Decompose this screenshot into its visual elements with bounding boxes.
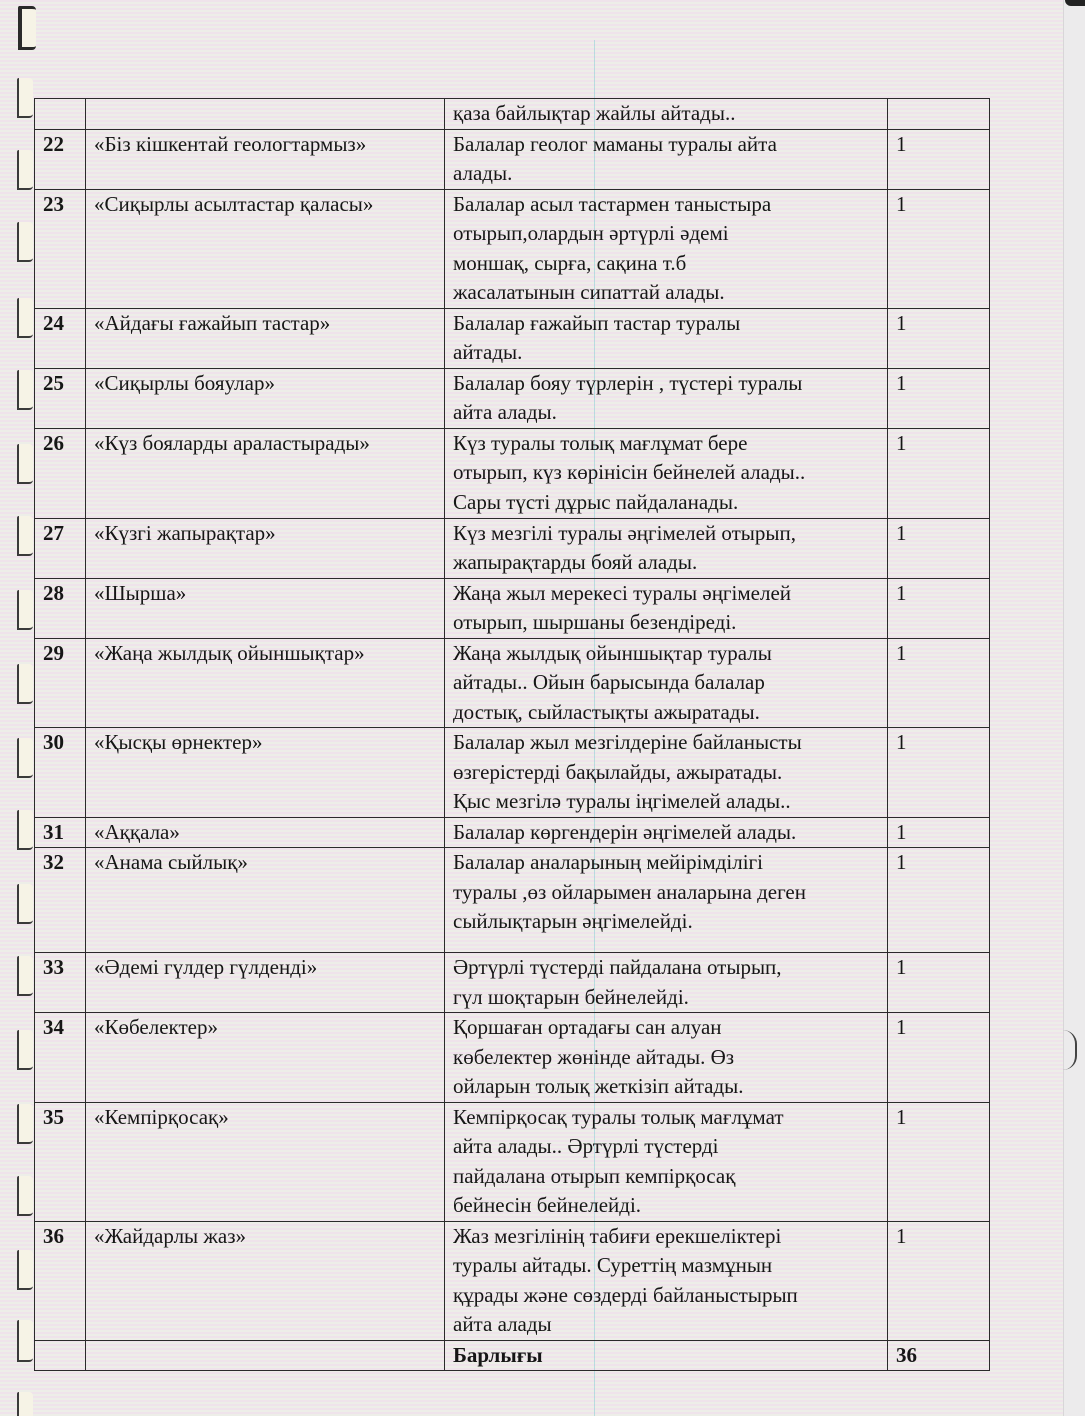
row-topic [86,99,445,130]
row-topic: «Күзгі жапырақтар» [86,518,445,578]
row-hours: 1 [888,728,990,818]
table-row: 35«Кемпірқосақ»Кемпірқосақ туралы толық … [35,1102,990,1221]
row-topic: «Сиқырлы бояулар» [86,368,445,428]
row-topic: «Әдемі гүлдер гүлденді» [86,953,445,1013]
row-number: 36 [35,1221,86,1340]
table-row: 22«Біз кішкентай геологтармыз»Балалар ге… [35,129,990,189]
row-topic: «Шырша» [86,578,445,638]
table-row: 34«Көбелектер»Қоршаған ортадағы сан алуа… [35,1013,990,1103]
table-row: 30«Қысқы өрнектер»Балалар жыл мезгілдері… [35,728,990,818]
binding-ring [18,6,36,50]
row-topic: «Анама сыйлық» [86,848,445,953]
row-hours: 1 [888,1102,990,1221]
binding-ring [17,516,33,556]
total-label: Барлығы [445,1340,888,1371]
table-row: 36«Жайдарлы жаз»Жаз мезгілінің табиғи ер… [35,1221,990,1340]
table-row-continuation: қаза байлықтар жайлы айтады.. [35,99,990,130]
row-number: 28 [35,578,86,638]
binding-ring [17,1176,33,1216]
binding-ring [17,1392,33,1416]
row-description: Қоршаған ортадағы сан алуан көбелектер ж… [445,1013,888,1103]
row-number: 30 [35,728,86,818]
binding-ring [17,1320,33,1362]
binding-ring [17,956,33,996]
binding-ring [17,590,33,630]
table-row: 23«Сиқырлы асылтастар қаласы»Балалар асы… [35,189,990,308]
binding-ring [17,1104,33,1144]
row-topic: «Айдағы ғажайып тастар» [86,308,445,368]
row-description: Балалар жыл мезгілдеріне байланысты өзге… [445,728,888,818]
row-topic: «Күз бояларды араластырады» [86,428,445,518]
row-topic: «Кемпірқосақ» [86,1102,445,1221]
binding-ring [17,664,33,704]
binding-ring [17,78,33,118]
next-page-edge [1063,0,1085,1416]
row-topic: «Жаңа жылдық ойыншықтар» [86,638,445,728]
row-description: Жаз мезгілінің табиғи ерекшеліктері тура… [445,1221,888,1340]
binding-ring [17,1030,33,1070]
total-empty-cell [86,1340,445,1371]
row-number: 26 [35,428,86,518]
row-number: 27 [35,518,86,578]
binding-ring [17,738,33,778]
lesson-plan-table: қаза байлықтар жайлы айтады.. 22«Біз кіш… [34,98,990,1371]
row-description: Балалар көргендерін әңгімелей алады. [445,817,888,848]
row-description: Кемпірқосақ туралы толық мағлұмат айта а… [445,1102,888,1221]
binding-ring [17,150,33,190]
row-hours: 1 [888,1013,990,1103]
row-number: 24 [35,308,86,368]
table-row: 25«Сиқырлы бояулар»Балалар бояу түрлерін… [35,368,990,428]
row-hours: 1 [888,129,990,189]
row-number: 34 [35,1013,86,1103]
row-hours: 1 [888,518,990,578]
binding-ring [17,298,33,338]
row-hours: 1 [888,189,990,308]
table-row: 32«Анама сыйлық»Балалар аналарының мейір… [35,848,990,953]
row-description: Күз туралы толық мағлұмат бере отырып, к… [445,428,888,518]
row-description: Жаңа жыл мерекесі туралы әңгімелей отыры… [445,578,888,638]
row-description: Балалар ғажайып тастар туралы айтады. [445,308,888,368]
row-hours: 1 [888,578,990,638]
row-hours: 1 [888,428,990,518]
row-hours: 1 [888,368,990,428]
row-topic: «Сиқырлы асылтастар қаласы» [86,189,445,308]
row-number: 31 [35,817,86,848]
row-hours: 1 [888,848,990,953]
row-topic: «Қысқы өрнектер» [86,728,445,818]
row-description: Күз мезгілі туралы әңгімелей отырып, жап… [445,518,888,578]
row-description: Балалар геолог маманы туралы айта алады. [445,129,888,189]
table-row: 31«Аққала» Балалар көргендерін әңгімелей… [35,817,990,848]
row-number: 33 [35,953,86,1013]
binding-spine [0,0,34,1416]
row-number: 35 [35,1102,86,1221]
row-hours: 1 [888,817,990,848]
table-row: 24«Айдағы ғажайып тастар»Балалар ғажайып… [35,308,990,368]
row-hours: 1 [888,1221,990,1340]
row-number: 29 [35,638,86,728]
row-number: 25 [35,368,86,428]
row-topic: «Жайдарлы жаз» [86,1221,445,1340]
corner-mark [1065,0,1085,6]
table-row-total: Барлығы 36 [35,1340,990,1371]
table-row: 27«Күзгі жапырақтар»Күз мезгілі туралы ә… [35,518,990,578]
row-topic: «Біз кішкентай геологтармыз» [86,129,445,189]
table-row: 28«Шырша»Жаңа жыл мерекесі туралы әңгіме… [35,578,990,638]
row-hours: 1 [888,308,990,368]
row-description: Жаңа жылдық ойыншықтар туралы айтады.. О… [445,638,888,728]
binding-ring [17,370,33,410]
row-number: 22 [35,129,86,189]
binding-ring [17,810,33,850]
row-hours: 1 [888,953,990,1013]
binding-ring [17,222,33,262]
row-topic: «Аққала» [86,817,445,848]
binding-ring [17,1250,33,1290]
binding-ring [17,884,33,924]
table-row: 33«Әдемі гүлдер гүлденді»Әртүрлі түстерд… [35,953,990,1013]
row-hours: 1 [888,638,990,728]
row-description: Балалар асыл тастармен таныстыра отырып,… [445,189,888,308]
row-topic: «Көбелектер» [86,1013,445,1103]
row-number: 32 [35,848,86,953]
total-empty-cell [35,1340,86,1371]
row-hours [888,99,990,130]
total-value: 36 [888,1340,990,1371]
table-row: 26«Күз бояларды араластырады»Күз туралы … [35,428,990,518]
row-number: 23 [35,189,86,308]
binding-ring [17,444,33,484]
row-description: Балалар аналарының мейірімділігі туралы … [445,848,888,953]
row-description: Балалар бояу түрлерін , түстері туралы а… [445,368,888,428]
row-description: қаза байлықтар жайлы айтады.. [445,99,888,130]
row-description: Әртүрлі түстерді пайдалана отырып, гүл ш… [445,953,888,1013]
row-number [35,99,86,130]
table-row: 29«Жаңа жылдық ойыншықтар»Жаңа жылдық ой… [35,638,990,728]
